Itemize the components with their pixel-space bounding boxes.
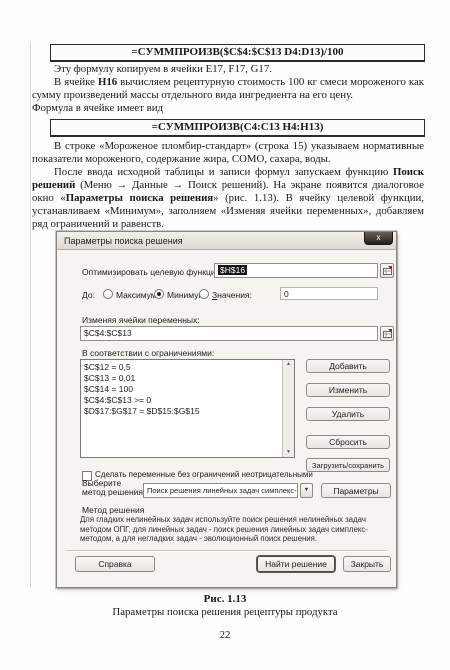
constraint-item[interactable]: $C$13 = 0,01 bbox=[81, 373, 294, 384]
value-input[interactable]: 0 bbox=[280, 287, 378, 300]
solve-button[interactable]: Найти решение bbox=[257, 556, 335, 572]
body-text-block-1: Эту формулу копируем в ячейки E17, F17, … bbox=[32, 63, 424, 115]
objective-input[interactable]: $H$16 bbox=[214, 263, 378, 278]
page-number-row: 22 bbox=[0, 625, 450, 643]
to-label: До: bbox=[82, 290, 95, 300]
range-selector-icon bbox=[383, 329, 392, 338]
variables-input[interactable]: $C$4:$C$13 bbox=[80, 326, 378, 341]
separator bbox=[65, 550, 388, 551]
radio-minimum-selected-icon bbox=[154, 289, 164, 299]
method-select-value: Поиск решения линейных задач симплекс-ме… bbox=[147, 486, 298, 495]
radio-maximum[interactable]: Максимум bbox=[103, 289, 157, 300]
help-button[interactable]: Справка bbox=[75, 556, 155, 572]
figure-caption-row: Параметры поиска решения рецептуры проду… bbox=[0, 602, 450, 620]
variables-range-selector-button[interactable] bbox=[380, 326, 394, 341]
constraints-label: В соответствии с ограничениями: bbox=[82, 348, 214, 358]
book-page: =СУММПРОИЗВ($C$4:$C$13 D4:D13)/100 Эту ф… bbox=[0, 0, 450, 670]
objective-range-selector-button[interactable] bbox=[380, 263, 394, 278]
formula-box-1: =СУММПРОИЗВ($C$4:$C$13 D4:D13)/100 bbox=[50, 44, 425, 62]
formula-2-text: =СУММПРОИЗВ(C4:C13 H4:H13) bbox=[152, 121, 324, 133]
paragraph-plombir: В строке «Мороженое пломбир-стандарт» (с… bbox=[32, 140, 424, 166]
close-icon[interactable]: x bbox=[364, 232, 393, 245]
method-select-label-line2: метод решения: bbox=[82, 488, 145, 497]
formula-1-text: =СУММПРОИЗВ($C$4:$C$13 D4:D13)/100 bbox=[131, 46, 343, 58]
scroll-up-icon[interactable]: ▲ bbox=[283, 360, 294, 369]
paragraph-plombir-text: В строке «Мороженое пломбир-стандарт» (с… bbox=[32, 140, 424, 165]
add-button[interactable]: Добавить bbox=[306, 359, 390, 373]
radio-value-label: Значения: bbox=[212, 290, 252, 300]
body-text-block-2: В строке «Мороженое пломбир-стандарт» (с… bbox=[32, 140, 424, 231]
paragraph-h16: В ячейке H16 вычисляем рецептурную стоим… bbox=[32, 76, 424, 102]
paragraph-formula-intro: Формула в ячейке имеет вид bbox=[32, 102, 424, 115]
paragraph-copy-formula: Эту формулу копируем в ячейки E17, F17, … bbox=[32, 63, 424, 76]
constraint-item[interactable]: $C$12 = 0,5 bbox=[81, 360, 294, 373]
figure-caption: Параметры поиска решения рецептуры проду… bbox=[112, 606, 337, 618]
range-selector-icon bbox=[383, 266, 392, 275]
constraint-item[interactable]: $D$17:$G$17 = $D$15:$G$15 bbox=[81, 406, 294, 417]
radio-value-icon bbox=[199, 289, 209, 299]
nonnegative-checkbox-label: Сделать переменные без ограничений неотр… bbox=[95, 470, 313, 479]
paragraph-copy-formula-text: Эту формулу копируем в ячейки E17, F17, … bbox=[54, 63, 272, 75]
options-button[interactable]: Параметры bbox=[321, 483, 391, 498]
constraint-item[interactable]: $C$14 = 100 bbox=[81, 384, 294, 395]
close-x-glyph: x bbox=[377, 233, 381, 242]
dialog-titlebar[interactable]: Параметры поиска решения x bbox=[57, 232, 396, 250]
paragraph-solver-intro: После ввода исходной таблицы и записи фо… bbox=[32, 166, 424, 231]
reset-button[interactable]: Сбросить bbox=[306, 435, 390, 449]
radio-value-of[interactable]: Значения: bbox=[199, 289, 252, 300]
scan-artifact-line bbox=[30, 42, 31, 587]
method-group-label: Метод решения bbox=[82, 505, 144, 515]
value-input-text: 0 bbox=[284, 289, 289, 299]
chevron-down-icon[interactable]: ▼ bbox=[300, 483, 313, 498]
dialog-title: Параметры поиска решения bbox=[64, 236, 183, 246]
variables-value: $C$4:$C$13 bbox=[84, 328, 132, 338]
paragraph-solver-bold2: Параметры поиска решения bbox=[66, 192, 213, 204]
page-number: 22 bbox=[220, 629, 231, 641]
close-dialog-button[interactable]: Закрыть bbox=[343, 556, 391, 572]
formula-box-2: =СУММПРОИЗВ(C4:C13 H4:H13) bbox=[50, 119, 425, 137]
radio-maximum-icon bbox=[103, 289, 113, 299]
variables-label: Изменяя ячейки переменных: bbox=[82, 315, 200, 325]
paragraph-solver-seg1: После ввода исходной таблицы и записи фо… bbox=[54, 166, 393, 178]
delete-button[interactable]: Удалить bbox=[306, 407, 390, 421]
radio-maximum-label: Максимум bbox=[116, 290, 157, 300]
solver-dialog: Параметры поиска решения x Оптимизироват… bbox=[56, 231, 397, 588]
scroll-down-icon[interactable]: ▼ bbox=[283, 448, 294, 457]
constraint-item[interactable]: $C$4:$C$13 >= 0 bbox=[81, 395, 294, 406]
paragraph-formula-intro-text: Формула в ячейке имеет вид bbox=[32, 102, 163, 114]
objective-label: Оптимизировать целевую функцию: bbox=[82, 267, 224, 277]
radio-minimum[interactable]: Минимум bbox=[154, 289, 204, 300]
constraints-list[interactable]: $C$12 = 0,5 $C$13 = 0,01 $C$14 = 100 $C$… bbox=[80, 359, 295, 458]
load-save-button[interactable]: Загрузить/сохранить bbox=[306, 458, 390, 472]
method-select[interactable]: Поиск решения линейных задач симплекс-ме… bbox=[143, 483, 298, 498]
paragraph-h16-cellref: H16 bbox=[98, 76, 117, 88]
constraints-scrollbar[interactable]: ▲ ▼ bbox=[282, 360, 294, 457]
objective-value: $H$16 bbox=[218, 265, 247, 275]
paragraph-h16-seg1: В ячейке bbox=[54, 76, 98, 88]
change-button[interactable]: Изменить bbox=[306, 383, 390, 397]
method-description: Для гладких нелинейных задач используйте… bbox=[80, 515, 380, 544]
